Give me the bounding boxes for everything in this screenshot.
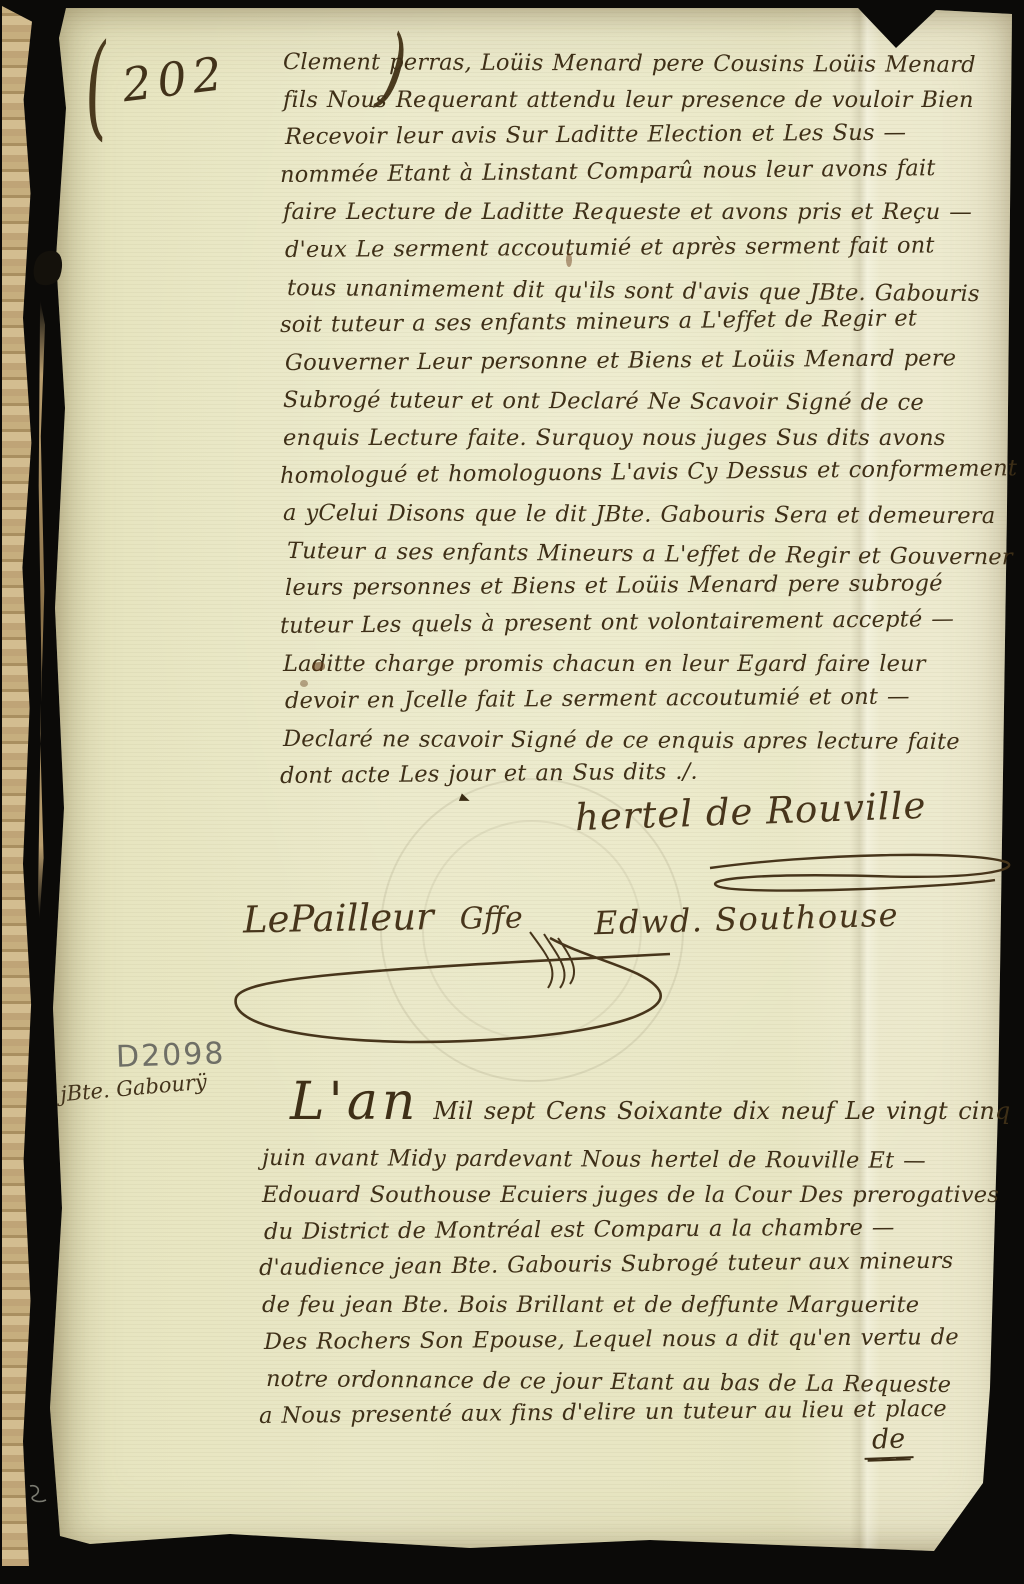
act2-text-block: juin avant Midy pardevant Nous hertel de… [262, 1140, 974, 1434]
manuscript-line: Gouverner Leur personne et Biens et Loüi… [285, 340, 991, 383]
manuscript-line: soit tuteur a ses enfants mineurs a L'ef… [280, 300, 986, 345]
signature-clerk-title: Gffe [459, 901, 523, 937]
act2-opening-word: L'an [290, 1072, 419, 1132]
binding-page-stubs [2, 6, 32, 1566]
manuscript-line: fils Nous Requerant attendu leur presenc… [283, 82, 989, 120]
manuscript-line: Clement perras, Loüis Menard pere Cousin… [283, 44, 989, 85]
pencil-squiggle [24, 1482, 54, 1508]
manuscript-line: a yCelui Disons que le dit JBte. Gabouri… [283, 495, 989, 536]
ink-stain [312, 662, 325, 671]
manuscript-line: d'eux Le serment accoutumié et après ser… [285, 227, 991, 270]
manuscript-line: Laditte charge promis chacun en leur Ega… [283, 646, 989, 684]
binding-thread [38, 300, 45, 920]
signature-clerk-name: LePailleur [243, 895, 434, 941]
manuscript-line: Edouard Southouse Ecuiers juges de la Co… [262, 1177, 974, 1214]
manuscript-line: homologué et homologuons L'avis Cy Dessu… [280, 450, 986, 495]
manuscript-line: Des Rochers Son Epouse, Lequel nous a di… [264, 1319, 976, 1361]
act2-opening-rest: Mil sept Cens Soixante dix neuf Le vingt… [433, 1097, 1010, 1125]
manuscript-line: devoir en Jcelle fait Le serment accoutu… [285, 678, 991, 721]
catchword: de [863, 1423, 913, 1460]
manuscript-line: nommée Etant à Linstant Comparû nous leu… [280, 149, 986, 194]
act1-text-block: Clement perras, Loüis Menard pere Cousin… [283, 44, 989, 796]
ink-stain [566, 253, 572, 267]
manuscript-line: tuteur Les quels à present ont volontair… [280, 601, 986, 646]
manuscript-line: Subrogé tuteur et ont Declaré Ne Scavoir… [283, 382, 989, 423]
manuscript-line: faire Lecture de Laditte Requeste et avo… [283, 194, 989, 232]
act2-opening-line: L'anMil sept Cens Soixante dix neuf Le v… [290, 1072, 1010, 1132]
ink-stain [300, 680, 308, 687]
manuscript-line: de feu jean Bte. Bois Brillant et de def… [262, 1287, 974, 1324]
signature-lepailleur-greffier: LePailleurGffe [243, 894, 523, 942]
margin-reference-pencil: D2098 [115, 1036, 226, 1075]
manuscript-scan: ( 202 ) Clement perras, Loüis Menard per… [0, 0, 1024, 1584]
manuscript-line: juin avant Midy pardevant Nous hertel de… [262, 1140, 974, 1180]
manuscript-line: d'audience jean Bte. Gabouris Subrogé tu… [259, 1243, 971, 1287]
